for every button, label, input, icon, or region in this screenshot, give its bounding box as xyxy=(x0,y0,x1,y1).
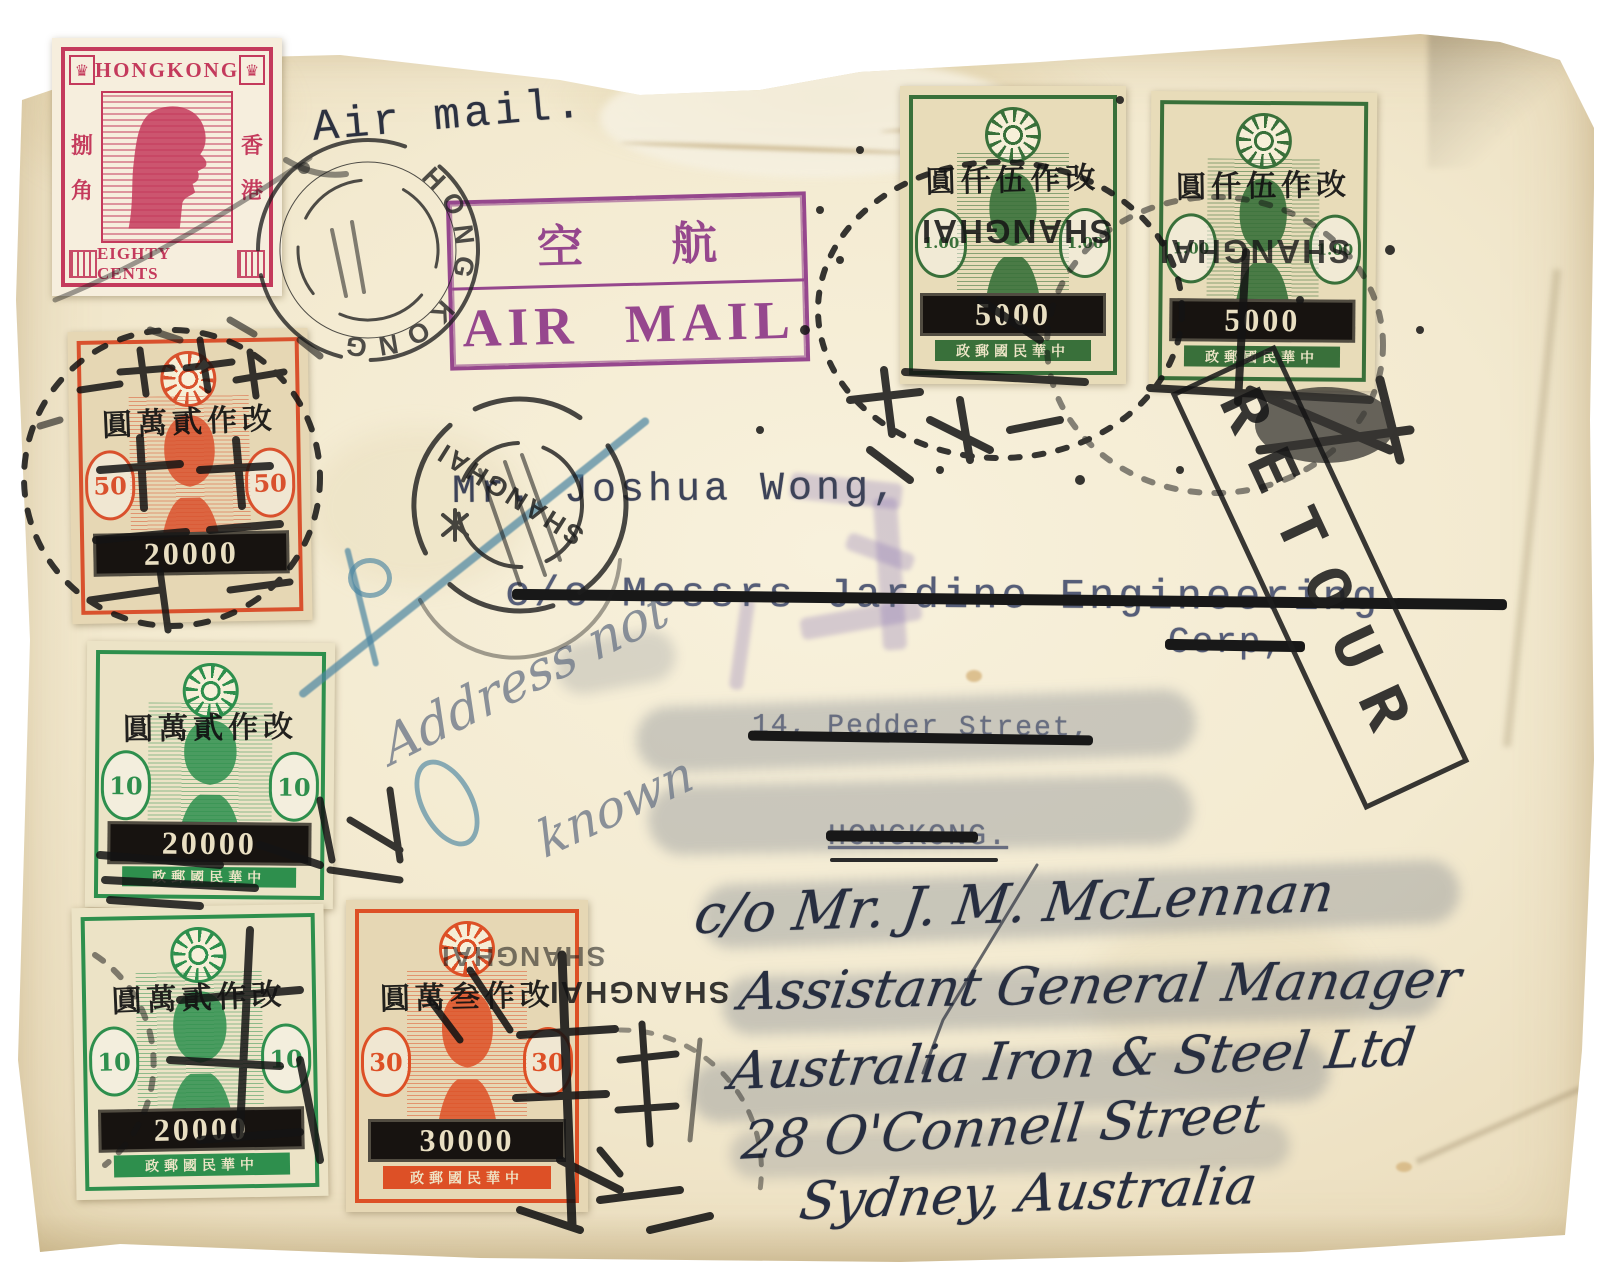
value-numeral: 10 xyxy=(269,1044,303,1074)
value-tablet-right: 30 xyxy=(523,1027,573,1097)
value-numeral: 30 xyxy=(531,1048,564,1077)
scanned-envelope-photo: ♛ HONGKONG ♛ 捌 角 香 港 xyxy=(0,0,1600,1283)
value-tablet-left: 30 xyxy=(361,1027,411,1097)
cn-char: 捌 xyxy=(71,129,93,160)
stamp-chinese-left-column: 捌 角 xyxy=(65,89,99,245)
value-tablet-left: 10 xyxy=(101,750,152,820)
stamp-denomination: EIGHTY CENTS xyxy=(97,244,237,284)
surcharge-box: 30000 xyxy=(368,1119,566,1162)
king-profile-silhouette xyxy=(103,93,231,241)
stamp-footer-inscription: 政郵國民華中 xyxy=(383,1166,552,1189)
airmail-chinese-char-kong-icon: 空 xyxy=(536,210,584,277)
cn-char: 港 xyxy=(241,174,263,205)
king-portrait xyxy=(101,91,233,243)
stamp-footer-inscription: 政郵國民華中 xyxy=(935,340,1091,362)
airmail-chinese-char-hang-icon: 航 xyxy=(670,206,718,273)
shanghai-roller-cancel-text: SHANGHAI xyxy=(548,974,729,1010)
stamp-bottom-band: EIGHTY CENTS xyxy=(65,245,269,283)
stamp-footer-inscription: 政郵國民華中 xyxy=(114,1153,291,1177)
blue-crayon-bowl xyxy=(348,558,392,598)
corner-ornament xyxy=(69,250,97,278)
top-right-fold xyxy=(1428,18,1600,168)
surcharge-overprint-chinese: 圓仟伍作改 xyxy=(908,152,1117,201)
surcharge-box: 20000 xyxy=(108,822,312,867)
underline-city xyxy=(830,858,998,862)
airmail-handstamp-english: AIR MAIL xyxy=(452,282,806,367)
value-numeral: 50 xyxy=(253,468,287,498)
cn-char: 香 xyxy=(241,129,263,160)
stamp-china-green-10-lower: 10 10 政郵國民華中 圓萬貳作改 20000 xyxy=(71,904,328,1200)
fox-spot-2 xyxy=(1396,1162,1412,1172)
value-tablet-left: 50 xyxy=(85,450,136,521)
stamp-hongkong-80c: ♛ HONGKONG ♛ 捌 角 香 港 xyxy=(52,38,282,296)
cn-char: 角 xyxy=(71,174,93,205)
surcharge-overprint-chinese: 圓仟伍作改 xyxy=(1159,159,1368,207)
corner-ornament xyxy=(237,250,265,278)
value-numeral: 10 xyxy=(97,1047,131,1077)
stamp-chinese-right-column: 香 港 xyxy=(235,89,269,245)
stamp-frame: ♛ HONGKONG ♛ 捌 角 香 港 xyxy=(61,47,273,287)
surcharge-overprint-chinese: 圓萬貳作改 xyxy=(96,701,325,749)
bottom-right-crease xyxy=(1415,1078,1600,1165)
stamp-china-orange-50: 50 50 圓萬貳作改 20000 xyxy=(67,328,312,624)
surcharge-box: 5000 xyxy=(1169,299,1355,344)
value-numeral: 30 xyxy=(369,1048,402,1077)
pencil-smudge xyxy=(647,774,1193,855)
surcharge-box: 20000 xyxy=(98,1106,305,1153)
value-numeral: 10 xyxy=(109,771,143,800)
airmail-handstamp: 空 航 AIR MAIL xyxy=(446,191,810,370)
stamp-footer-inscription: 政郵國民華中 xyxy=(122,867,295,888)
shanghai-roller-cancel-text: SHANGHAI xyxy=(920,212,1112,250)
stamp-middle: 捌 角 香 港 xyxy=(65,89,269,245)
surcharge-overprint-chinese: 圓萬叁作改 xyxy=(355,969,579,1019)
stamp-top-band: ♛ HONGKONG ♛ xyxy=(65,51,269,89)
surcharge-box: 20000 xyxy=(93,531,291,577)
value-tablet-left: 10 xyxy=(89,1026,140,1097)
shanghai-roller-cancel-text: SHANGHAI xyxy=(1158,232,1350,270)
strikethrough-city xyxy=(826,830,978,842)
value-tablet-right: 10 xyxy=(261,1023,312,1094)
value-numeral: 10 xyxy=(277,772,311,801)
stamp-china-green-10-upper: 10 10 政郵國民華中 圓萬貳作改 20000 xyxy=(85,641,335,909)
value-numeral: 50 xyxy=(93,471,127,501)
right-crease xyxy=(1503,269,1561,747)
crown-icon: ♛ xyxy=(239,55,265,85)
fox-spot-1 xyxy=(966,670,982,682)
shanghai-roller-cancel-text: SHANGHAI xyxy=(440,940,605,972)
airmail-handstamp-chinese-row: 空 航 xyxy=(450,195,804,290)
stamp-country-label: HONGKONG xyxy=(95,58,239,83)
value-tablet-right: 10 xyxy=(269,752,320,822)
crown-icon: ♛ xyxy=(69,55,95,85)
value-tablet-right: 50 xyxy=(245,448,296,519)
surcharge-box: 5000 xyxy=(920,293,1105,336)
ink-address-line2: Assistant General Manager xyxy=(735,950,1465,1023)
